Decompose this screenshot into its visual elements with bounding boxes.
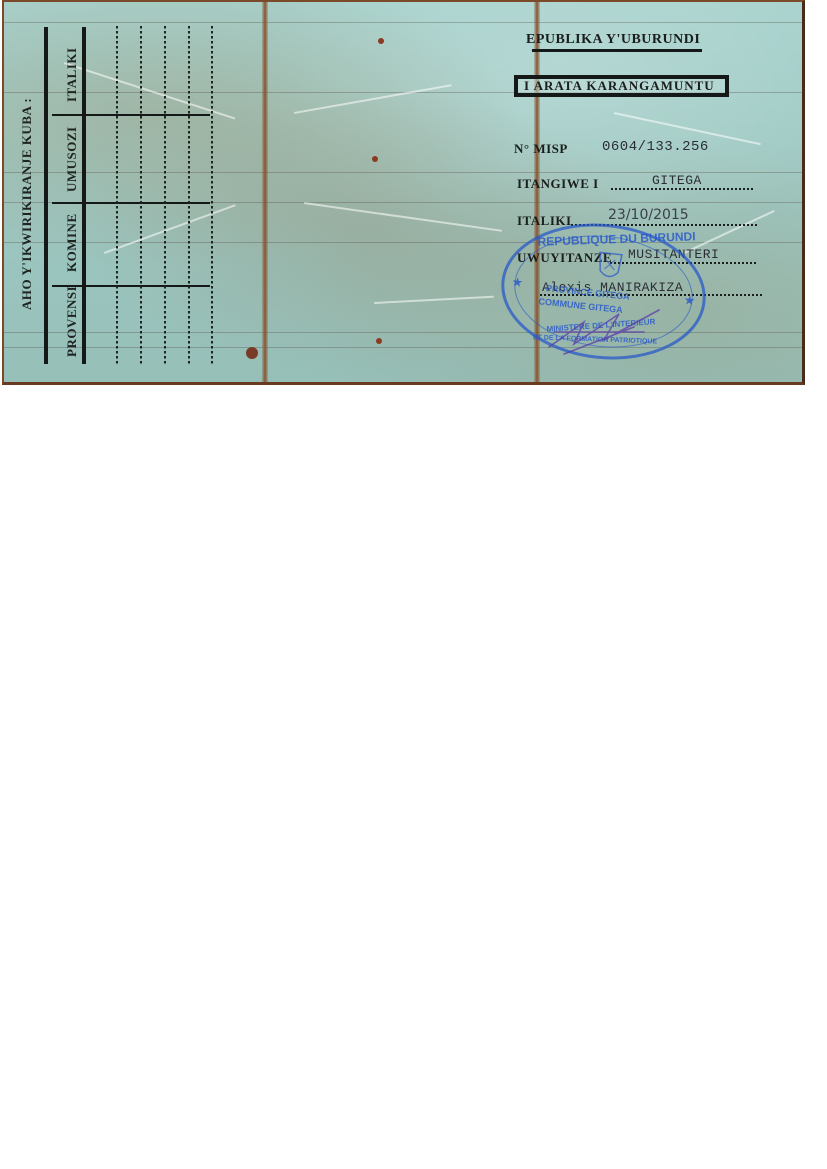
column-header-provensi: PROVENSI [64, 286, 80, 357]
dotted-entry-line [188, 26, 190, 366]
stamp-top-arc: REPUBLIQUE DU BURUNDI [537, 229, 695, 249]
column-header-italiki: ITALIKI [64, 47, 80, 102]
row-divider [52, 285, 210, 287]
column-border [82, 27, 86, 364]
coat-of-arms-icon [591, 248, 628, 285]
dotted-entry-line [164, 26, 166, 366]
stamp-star-left: ★ [512, 275, 523, 289]
dotted-entry-line [211, 26, 213, 366]
issued-at-dotted-line [611, 188, 753, 190]
nmisp-label: N° MISP [514, 141, 568, 157]
card-title: I ARATA KARANGAMUNTU [524, 78, 715, 93]
signature [544, 292, 674, 362]
column-header-umusozi: UMUSOZI [64, 126, 80, 192]
date-value: 23/10/2015 [608, 207, 689, 223]
dotted-entry-line [140, 26, 142, 366]
fold-crease-left [262, 2, 268, 382]
left-panel-heading: AHO Y'IKWIRIKIRANJE KUBA : [19, 98, 35, 310]
dotted-entry-line [116, 26, 118, 366]
id-card: AHO Y'IKWIRIKIRANJE KUBA : PROVENSI KOMI… [2, 0, 805, 385]
nmisp-value: 0604/133.256 [602, 139, 709, 155]
country-header-underline [532, 49, 702, 52]
country-header: EPUBLIKA Y'UBURUNDI [526, 32, 700, 48]
issued-at-label: ITANGIWE I [517, 176, 599, 192]
issued-at-value: GITEGA [652, 173, 702, 188]
wear-crease [104, 204, 236, 254]
middle-panel [270, 2, 532, 382]
stamp-star-right: ★ [684, 294, 695, 308]
card-title-box: I ARATA KARANGAMUNTU [514, 75, 729, 97]
stain-spot [246, 347, 258, 359]
wear-crease [64, 62, 236, 120]
column-border [44, 27, 48, 364]
row-divider [52, 114, 210, 116]
column-header-komine: KOMINE [64, 213, 80, 272]
row-divider [52, 202, 210, 204]
